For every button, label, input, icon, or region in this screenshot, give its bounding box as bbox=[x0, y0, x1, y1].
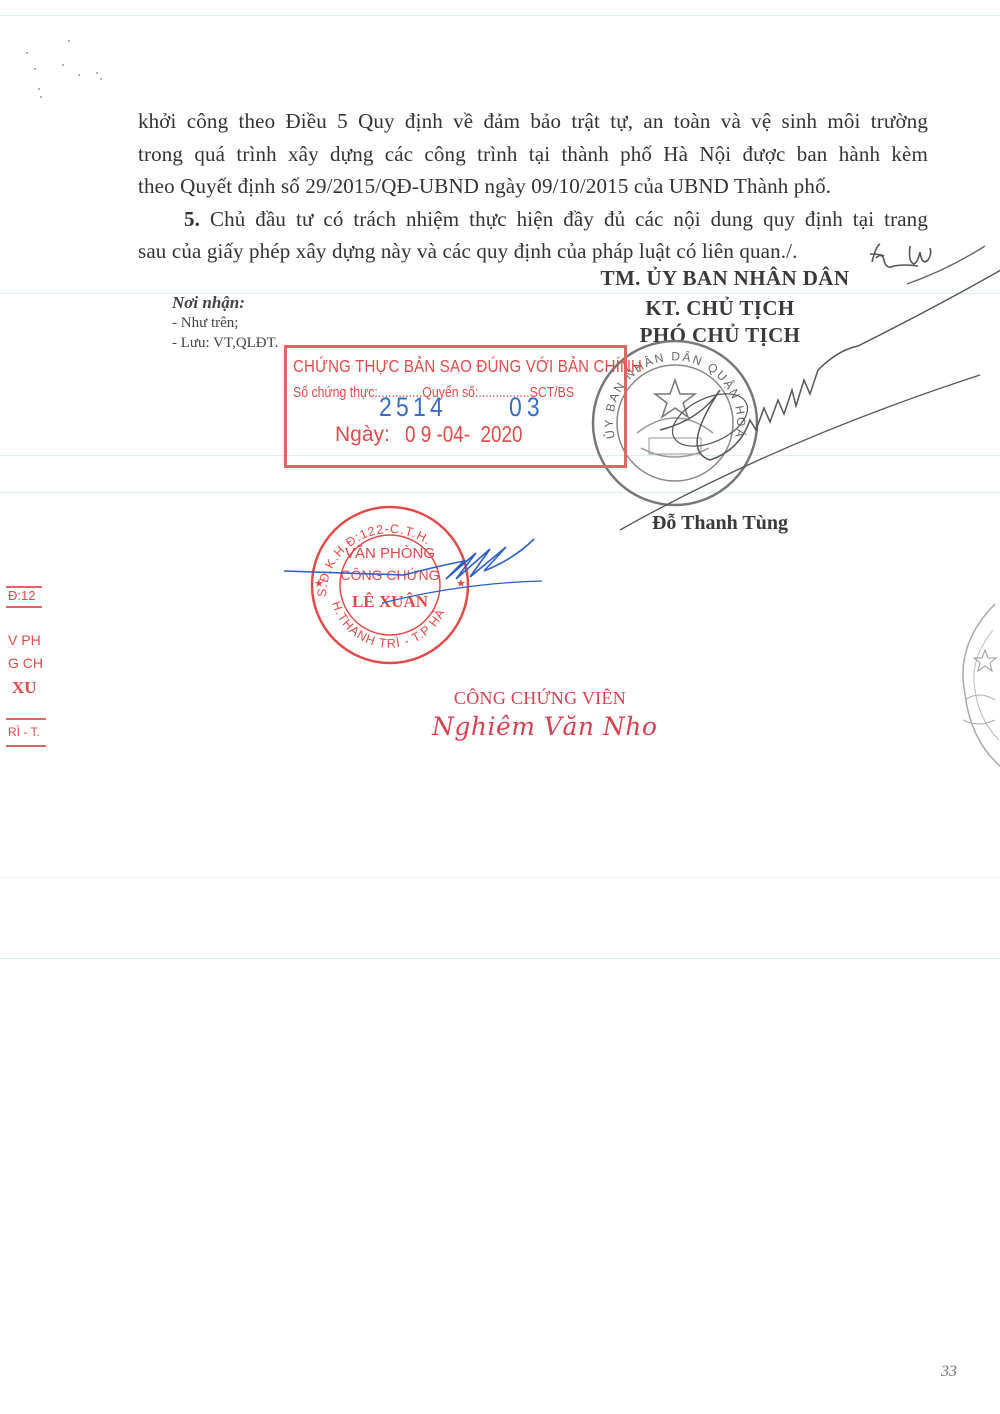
recipients-heading: Nơi nhận: bbox=[172, 293, 278, 313]
clause-text: Chủ đầu tư có trách nhiệm thực hiện đầy … bbox=[210, 207, 928, 231]
recipients-list: Nơi nhận: - Như trên; - Lưu: VT,QLĐT. bbox=[172, 293, 278, 353]
scan-line bbox=[0, 293, 1000, 294]
cert-date-label: Ngày: bbox=[335, 423, 390, 447]
page-number: 33 bbox=[941, 1363, 957, 1381]
notary-name: Nghiêm Văn Nho bbox=[432, 712, 657, 741]
edge-fragment: XU bbox=[12, 678, 37, 698]
scan-line bbox=[0, 877, 1000, 878]
recipient-item: - Lưu: VT,QLĐT. bbox=[172, 333, 278, 353]
document-body: khởi công theo Điều 5 Quy định về đảm bả… bbox=[138, 105, 928, 268]
body-line: trong quá trình xây dựng các công trình … bbox=[138, 138, 928, 171]
cert-title: CHỨNG THỰC BẢN SAO ĐÚNG VỚI BẢN CHÍNH bbox=[293, 356, 642, 377]
edge-fragment: V PH bbox=[8, 632, 41, 648]
signer-name: Đỗ Thanh Tùng bbox=[600, 512, 840, 535]
edge-fragment: G CH bbox=[8, 655, 43, 671]
cert-number-value: 2514 bbox=[379, 392, 447, 423]
cert-date-value: 0 9 -04- 2020 bbox=[405, 421, 522, 448]
clause-5: 5. Chủ đầu tư có trách nhiệm thực hiện đ… bbox=[138, 203, 928, 236]
clause-5-continued: sau của giấy phép xây dựng này và các qu… bbox=[138, 235, 928, 268]
cert-number-label: Số chứng thực: bbox=[293, 384, 378, 401]
certification-stamp: CHỨNG THỰC BẢN SAO ĐÚNG VỚI BẢN CHÍNH Số… bbox=[284, 345, 627, 468]
scan-line bbox=[0, 15, 1000, 16]
edge-fragment: Đ:12 bbox=[8, 588, 35, 603]
scan-line bbox=[0, 958, 1000, 959]
scan-specks bbox=[20, 30, 130, 110]
body-line: khởi công theo Điều 5 Quy định về đảm bả… bbox=[138, 105, 928, 138]
clause-number: 5. bbox=[184, 207, 200, 231]
signature-authority: TM. ỦY BAN NHÂN DÂN bbox=[560, 266, 890, 291]
body-line: theo Quyết định số 29/2015/QĐ-UBND ngày … bbox=[138, 170, 928, 203]
recipient-item: - Như trên; bbox=[172, 313, 278, 333]
right-edge-seal-fragment bbox=[935, 600, 1000, 775]
cert-book-value: 03 bbox=[509, 392, 545, 423]
left-edge-stamp-fragment: Đ:12 V PH G CH XU RÌ - T. bbox=[0, 580, 55, 760]
notary-signature bbox=[282, 535, 562, 605]
notary-title: CÔNG CHỨNG VIÊN bbox=[430, 688, 650, 709]
edge-fragment: RÌ - T. bbox=[8, 725, 40, 739]
